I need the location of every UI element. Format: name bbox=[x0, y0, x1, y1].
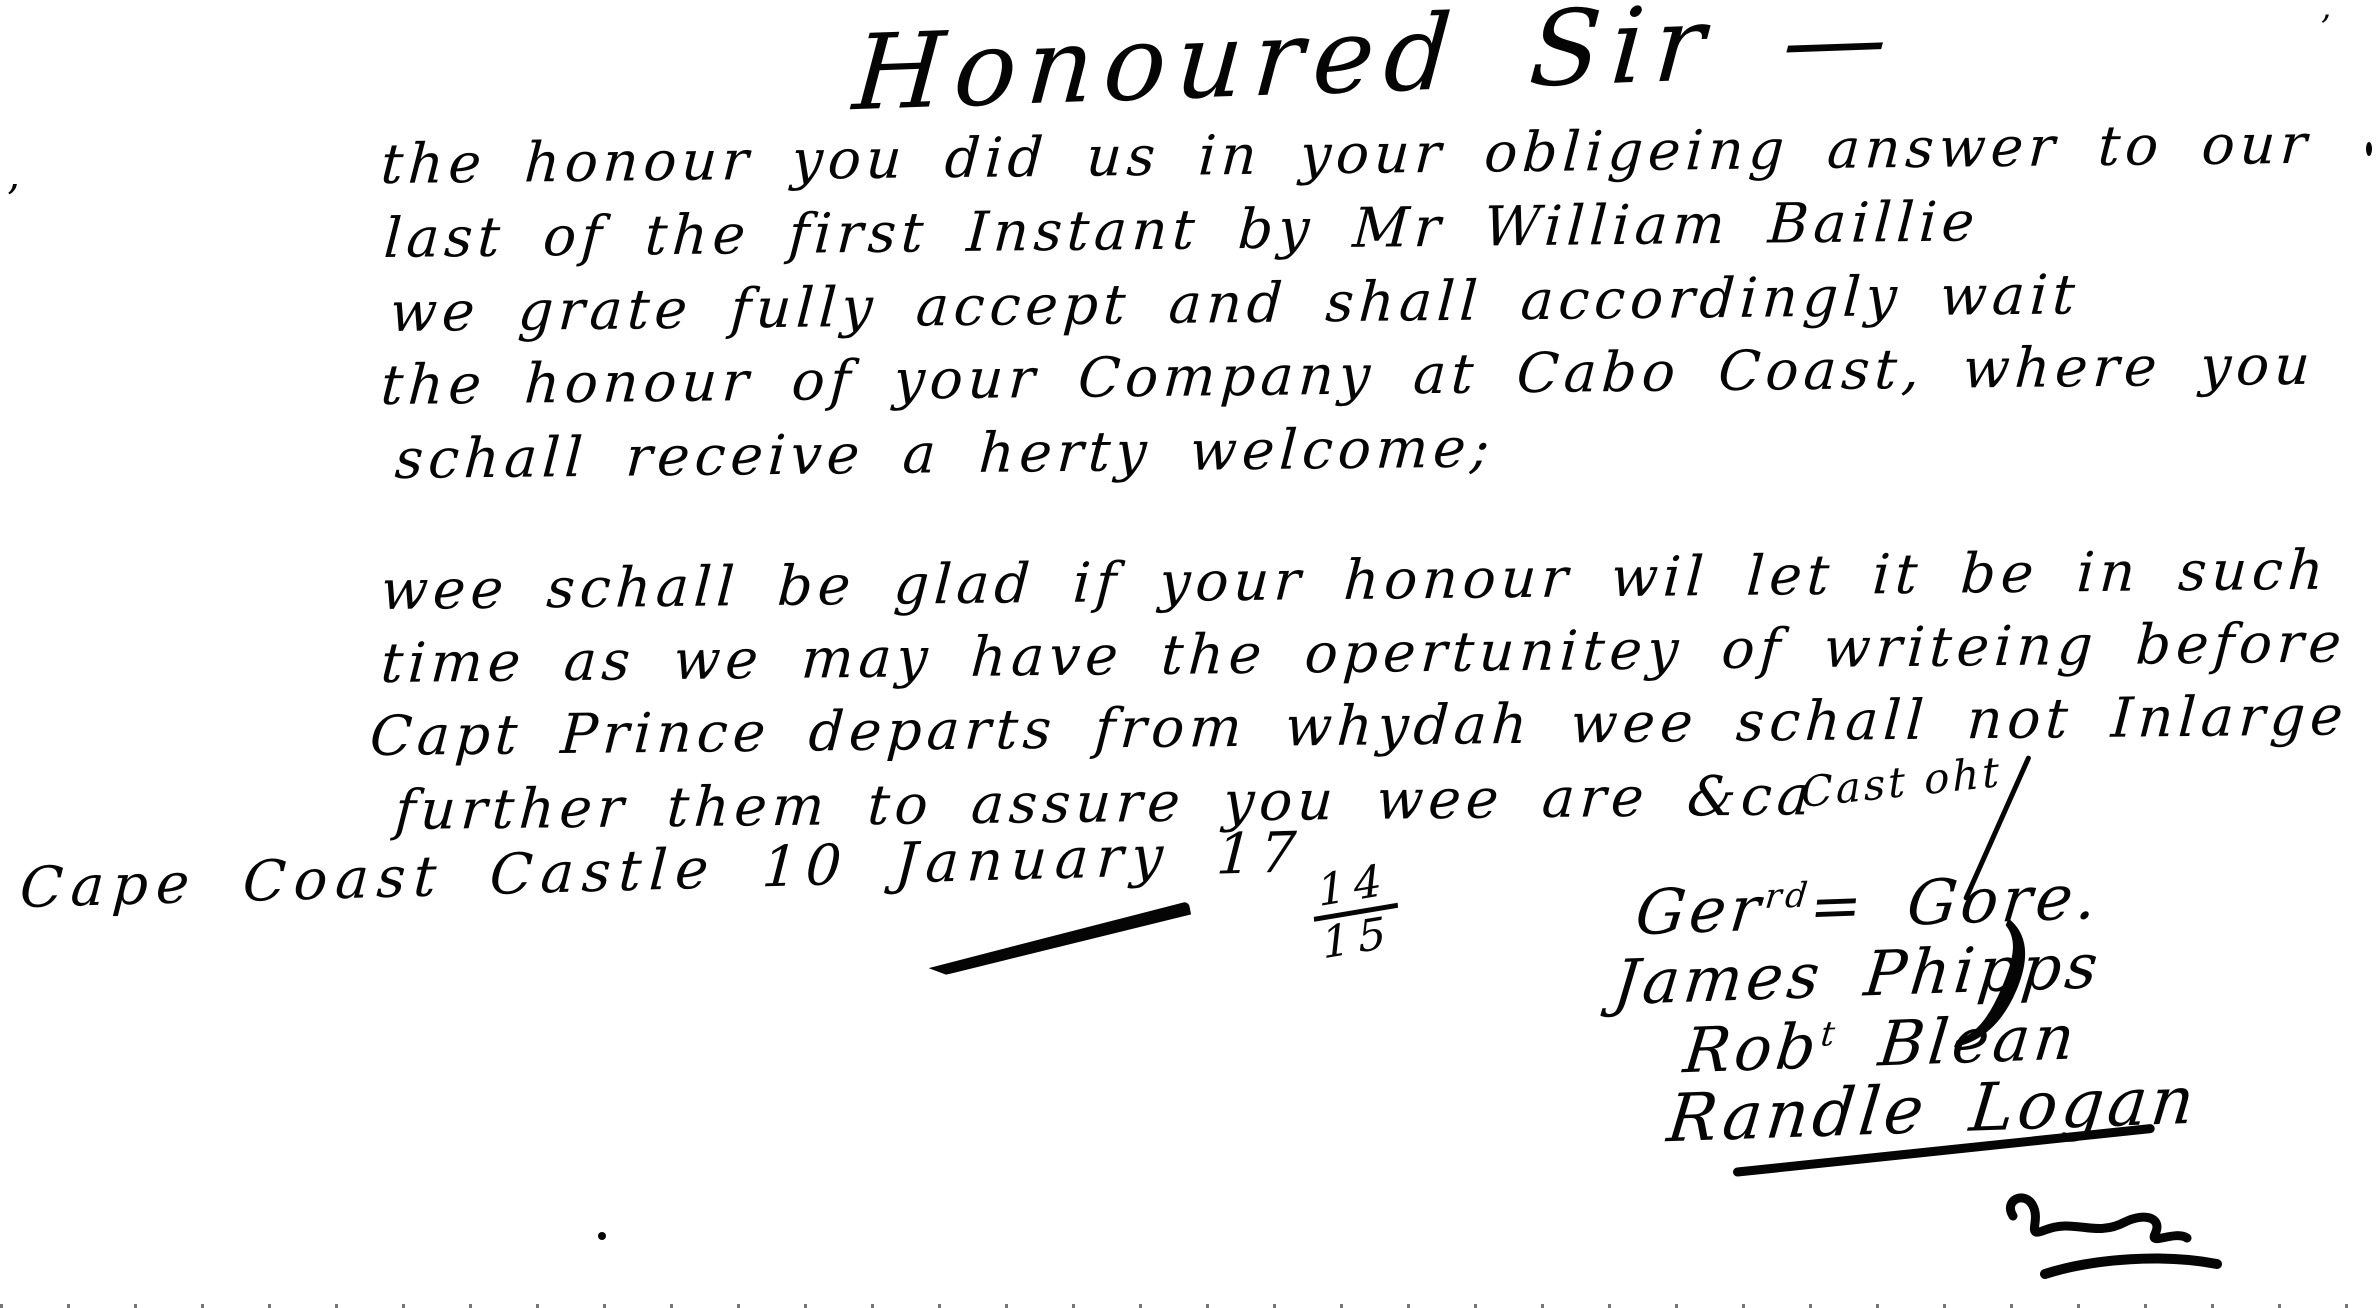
dateline-month: January bbox=[893, 824, 1173, 897]
letter-line-4: the honour of your Company at Cabo Coast… bbox=[379, 333, 2316, 417]
letter-line-8: Capt Prince departs from whydah wee scha… bbox=[368, 683, 2350, 768]
dateline-year-fraction: 1415 bbox=[1310, 857, 1402, 967]
dateline-century: 17 bbox=[1215, 820, 1306, 888]
scan-speck bbox=[2366, 142, 2372, 156]
stray-mark-top-right: ’ bbox=[2320, 8, 2331, 48]
stray-mark-left: ’ bbox=[6, 176, 19, 225]
letter-line-6: wee schall be glad if your honour wil le… bbox=[379, 538, 2330, 622]
letter-line-5: schall receive a herty welcome; bbox=[393, 415, 1496, 491]
dateline-place: Cape Coast Castle bbox=[18, 837, 718, 922]
interline-note: Cast oht bbox=[1800, 747, 2003, 817]
dateline-day: 10 bbox=[760, 833, 851, 901]
letter-line-3: we grate fully accept and shall accordin… bbox=[388, 262, 2081, 344]
letter-scan-page: Honoured Sir — the honour you did us in … bbox=[0, 0, 2379, 1308]
salutation: Honoured Sir — bbox=[849, 0, 1901, 134]
paraph-flourish bbox=[1985, 1178, 2245, 1298]
letter-line-7: time as we may have the opertunitey of w… bbox=[379, 610, 2348, 695]
dateline: Cape Coast Castle 10 January 171415 bbox=[14, 817, 1404, 998]
letter-line-1: the honour you did us in your obligeing … bbox=[379, 112, 2313, 196]
scan-noise-edge bbox=[0, 1304, 2379, 1308]
scan-speck bbox=[598, 1232, 606, 1240]
letter-line-2: last of the first Instant by Mr William … bbox=[382, 189, 1981, 270]
